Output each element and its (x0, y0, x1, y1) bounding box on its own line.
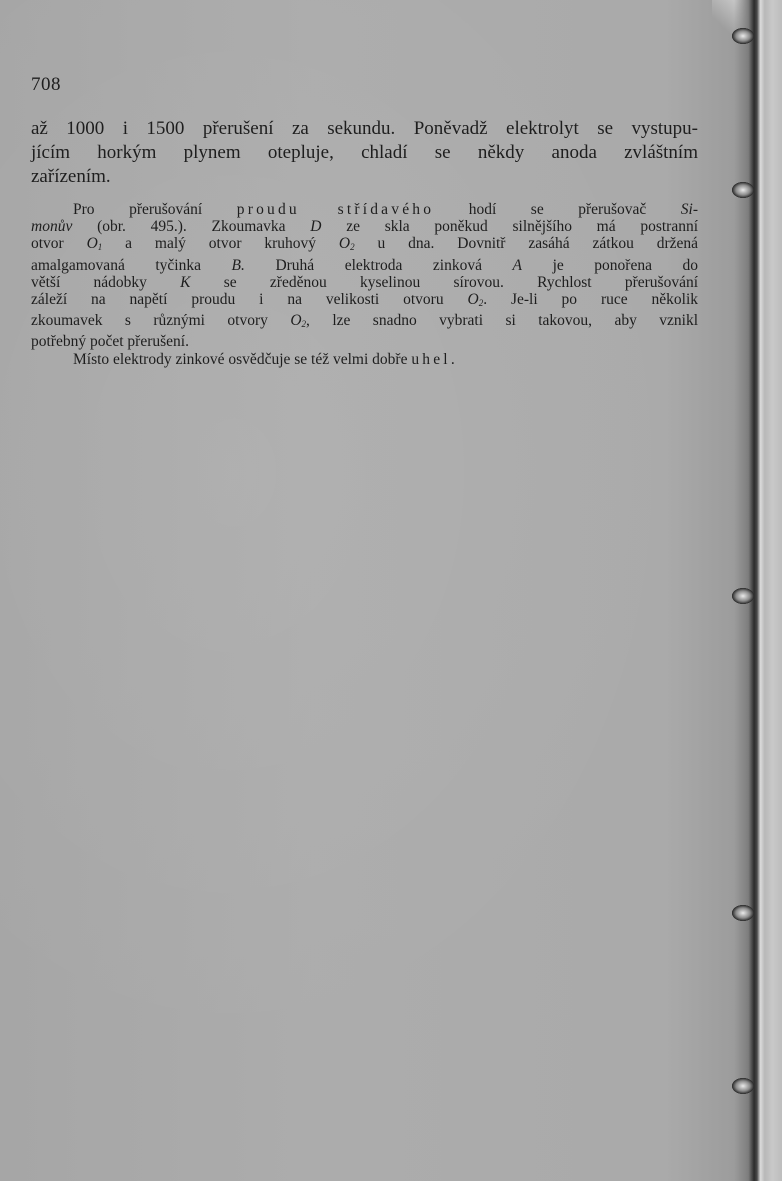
text-line: až 1000 i 1500 přerušení za sekundu. Pon… (31, 117, 698, 141)
text-run: Místo elektrody zinkové osvědčuje se též… (73, 351, 407, 368)
variable-letter: O (290, 312, 301, 329)
text-line: Místo elektrody zinkové osvědčuje se též… (31, 351, 698, 368)
variable: B. (232, 257, 245, 274)
text-run: větší nádobky (31, 274, 147, 291)
spaced-emphasis: proudu střídavého (237, 201, 434, 218)
italic-name: Si- (681, 201, 698, 218)
text-run: ze skla poněkud silnějšího má postranní (346, 218, 698, 235)
variable: O2 (339, 235, 355, 252)
variable: O1 (87, 235, 103, 252)
variable: D (310, 218, 321, 235)
text-run: amalgamovaná tyčinka (31, 257, 201, 274)
spaced-emphasis: uhel. (411, 351, 458, 368)
page-text: až 1000 i 1500 přerušení za sekundu. Pon… (31, 117, 698, 368)
text-run: je ponořena do (553, 257, 698, 274)
text-line: zkoumavek s různými otvory O2, lze snadn… (31, 312, 698, 333)
text-run: . Je-li po ruce několik (483, 291, 698, 308)
text-line: větší nádobky K se zředěnou kyselinou sí… (31, 274, 698, 291)
text-run: se zředěnou kyselinou sírovou. Rychlost … (224, 274, 698, 291)
text-run: Pro přerušování (73, 201, 202, 218)
binding-stitch (732, 28, 754, 44)
variable-letter: O (339, 235, 350, 252)
text-run: záleží na napětí proudu i na velikosti o… (31, 291, 444, 308)
variable: O2 (290, 312, 306, 329)
binding-stitch (732, 182, 754, 198)
binding-stitch (732, 905, 754, 921)
scanned-book-page: 708 až 1000 i 1500 přerušení za sekundu.… (0, 0, 782, 1181)
subscript: 1 (98, 242, 103, 252)
text-line: jícím horkým plynem otepluje, chladí se … (31, 141, 698, 165)
text-run: hodí se přerušovač (469, 201, 647, 218)
text-line: otvor O1 a malý otvor kruhový O2 u dna. … (31, 235, 698, 256)
text-line: záleží na napětí proudu i na velikosti o… (31, 291, 698, 312)
subscript: 2 (350, 242, 355, 252)
variable: K (180, 274, 190, 291)
italic-name: monův (31, 218, 72, 235)
text-run: zkoumavek s různými otvory (31, 312, 268, 329)
text-run: Druhá elektroda zinková (275, 257, 482, 274)
binding-stitch (732, 1078, 754, 1094)
text-line: Pro přerušování proudu střídavého hodí s… (31, 201, 698, 218)
text-line: amalgamovaná tyčinka B. Druhá elektroda … (31, 257, 698, 274)
text-line: potřebný počet přerušení. (31, 333, 698, 350)
text-run: otvor (31, 235, 64, 252)
text-run: (obr. 495.). Zkoumavka (97, 218, 286, 235)
paragraph-2: Pro přerušování proudu střídavého hodí s… (31, 201, 698, 368)
text-line: zařízením. (31, 165, 698, 189)
page-number: 708 (31, 74, 61, 96)
variable: O2 (468, 291, 484, 308)
text-run: u dna. Dovnitř zasáhá zátkou držená (378, 235, 699, 252)
binding-stitch (732, 588, 754, 604)
variable: A (513, 257, 522, 274)
text-run: , lze snadno vybrati si takovou, aby vzn… (306, 312, 698, 329)
variable-letter: O (87, 235, 98, 252)
text-run: a malý otvor kruhový (125, 235, 316, 252)
text-line: monův (obr. 495.). Zkoumavka D ze skla p… (31, 218, 698, 235)
variable-letter: O (468, 291, 479, 308)
paragraph-1: až 1000 i 1500 přerušení za sekundu. Pon… (31, 117, 698, 189)
